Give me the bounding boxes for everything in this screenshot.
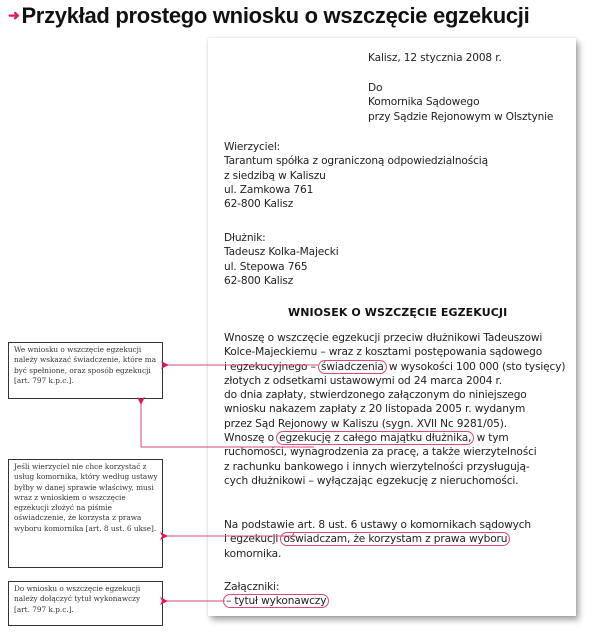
debtor-block: Dłużnik: Tadeusz Kolka-Majecki ul. Stepo… [224, 231, 339, 288]
basis-line: i egzekucji oświadczam, że korzystam z p… [224, 532, 531, 546]
creditor-line: 62-800 Kalisz [224, 197, 488, 211]
highlight-enforcement-title: – tytuł wykonawczy [223, 594, 329, 608]
addressee-line: Komornika Sądowego [368, 95, 553, 109]
page-title: ➜Przykład prostego wniosku o wszczęcie e… [8, 3, 529, 29]
creditor-label: Wierzyciel: [224, 140, 488, 154]
body-line: do dnia zapłaty, stwierdzonego załączony… [224, 388, 565, 402]
page-title-text: Przykład prostego wniosku o wszczęcie eg… [21, 3, 529, 28]
body-line: z rachunku bankowego i innych wierzyteln… [224, 460, 565, 474]
creditor-line: z siedzibą w Kaliszu [224, 169, 488, 183]
debtor-line: 62-800 Kalisz [224, 274, 339, 288]
body-line: wniosku nakazem zapłaty z 20 listopada 2… [224, 402, 565, 416]
basis-line: Na podstawie art. 8 ust. 6 ustawy o komo… [224, 518, 531, 532]
body-line: złotych z odsetkami ustawowymi od 24 mar… [224, 374, 565, 388]
attachments-block: Załączniki: – tytuł wykonawczy [224, 580, 328, 609]
basis-block: Na podstawie art. 8 ust. 6 ustawy o komo… [224, 518, 531, 561]
addressee-line: przy Sądzie Rejonowym w Olsztynie [368, 110, 553, 124]
highlight-performance: świadczenia [318, 360, 387, 374]
body-line: przez Sąd Rejonowy w Kaliszu (sygn. XVII… [224, 417, 565, 431]
basis-text: i egzekucji [224, 533, 281, 545]
body-line: ruchomości, wynagrodzenia za pracę, a ta… [224, 445, 565, 459]
arrow-right-icon: ➜ [8, 7, 19, 23]
debtor-line: Tadeusz Kolka-Majecki [224, 245, 339, 259]
body-text: i egzekucyjnego – [224, 361, 319, 373]
place-date: Kalisz, 12 stycznia 2008 r. [368, 51, 502, 65]
creditor-line: ul. Zamkowa 761 [224, 183, 488, 197]
body-line: cych dłużnikowi – wyłączając egzekucję z… [224, 474, 565, 488]
attachments-label: Załączniki: [224, 580, 328, 594]
addressee-line: Do [368, 81, 553, 95]
creditor-line: Tarantum spółka z ograniczoną odpowiedzi… [224, 154, 488, 168]
document-heading: WNIOSEK O WSZCZĘCIE EGZEKUCJI [288, 306, 507, 319]
note-bailiff-choice: Jeśli wierzyciel nie chce korzystać z us… [8, 459, 163, 568]
attachments-line: – tytuł wykonawczy [224, 594, 328, 608]
body-line: Kolce-Majeckiemu – wraz z kosztami postę… [224, 345, 565, 359]
application-document: Kalisz, 12 stycznia 2008 r. Do Komornika… [208, 38, 576, 616]
highlight-bailiff-choice: oświadczam, że korzystam z prawa wyboru [280, 532, 510, 546]
highlight-enforcement-method: egzekucję z całego majątku dłużnika, [276, 431, 474, 445]
request-body: Wnoszę o wszczęcie egzekucji przeciw dłu… [224, 331, 565, 488]
note-enforcement-title: Do wniosku o wszczęcie egzekucji należy … [8, 581, 163, 626]
creditor-block: Wierzyciel: Tarantum spółka z ograniczon… [224, 140, 488, 211]
debtor-label: Dłużnik: [224, 231, 339, 245]
basis-line: komornika. [224, 547, 531, 561]
body-line: Wnoszę o egzekucję z całego majątku dłuż… [224, 431, 565, 445]
body-line: i egzekucyjnego – świadczenia w wysokośc… [224, 360, 565, 374]
body-text: w tym [473, 432, 508, 444]
body-text: w wysokości 100 000 (sto tysięcy) [386, 361, 566, 373]
body-line: Wnoszę o wszczęcie egzekucji przeciw dłu… [224, 331, 565, 345]
note-enforcement-request: We wniosku o wszczęcie egzekucji należy … [8, 342, 163, 399]
body-text: Wnoszę o [224, 432, 277, 444]
debtor-line: ul. Stepowa 765 [224, 260, 339, 274]
addressee: Do Komornika Sądowego przy Sądzie Rejono… [368, 81, 553, 124]
